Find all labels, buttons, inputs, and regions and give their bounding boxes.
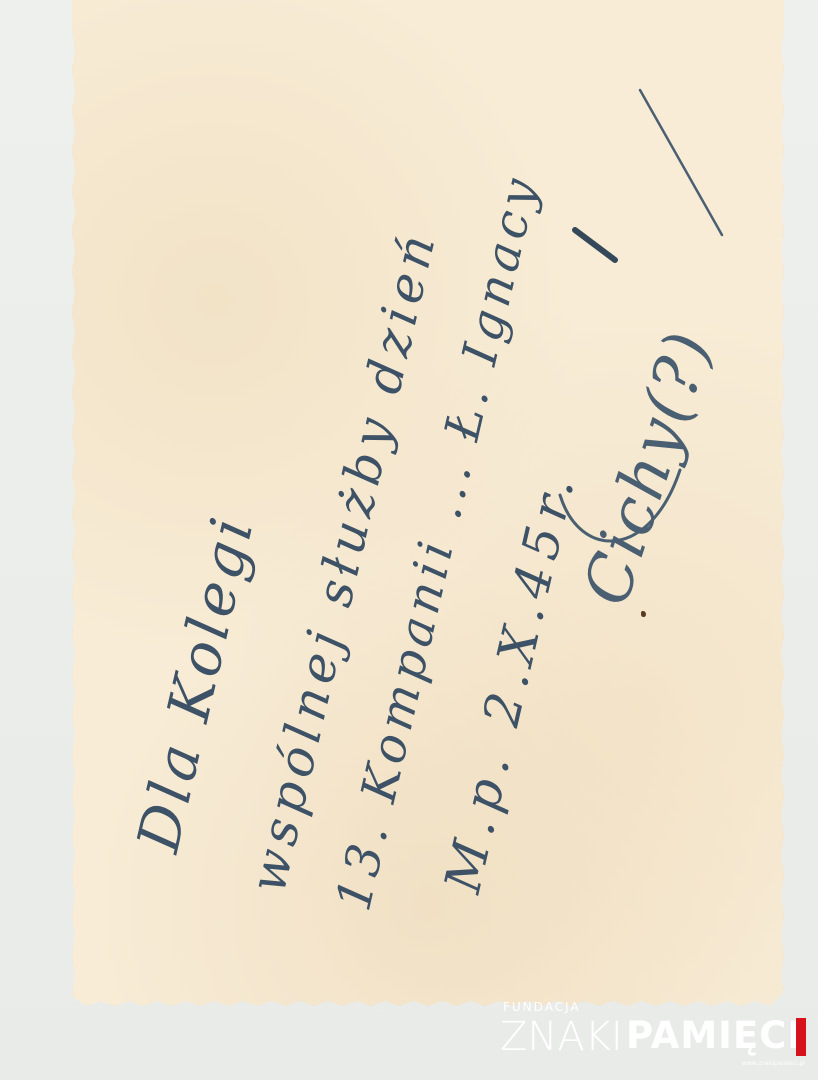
watermark-znaki: ZNAKI [500,1014,623,1060]
watermark-fundacja: FUNDACJA [503,1000,581,1014]
watermark-pamieci: PAMIĘCI [626,1014,802,1057]
watermark-logo: FUNDACJA ZNAKI PAMIĘCI www.znakipamieci.… [500,996,818,1076]
ink-speck [641,611,646,617]
watermark-url: www.znakipamieci.pl [742,1060,805,1067]
watermark-red-bar [796,1018,806,1056]
